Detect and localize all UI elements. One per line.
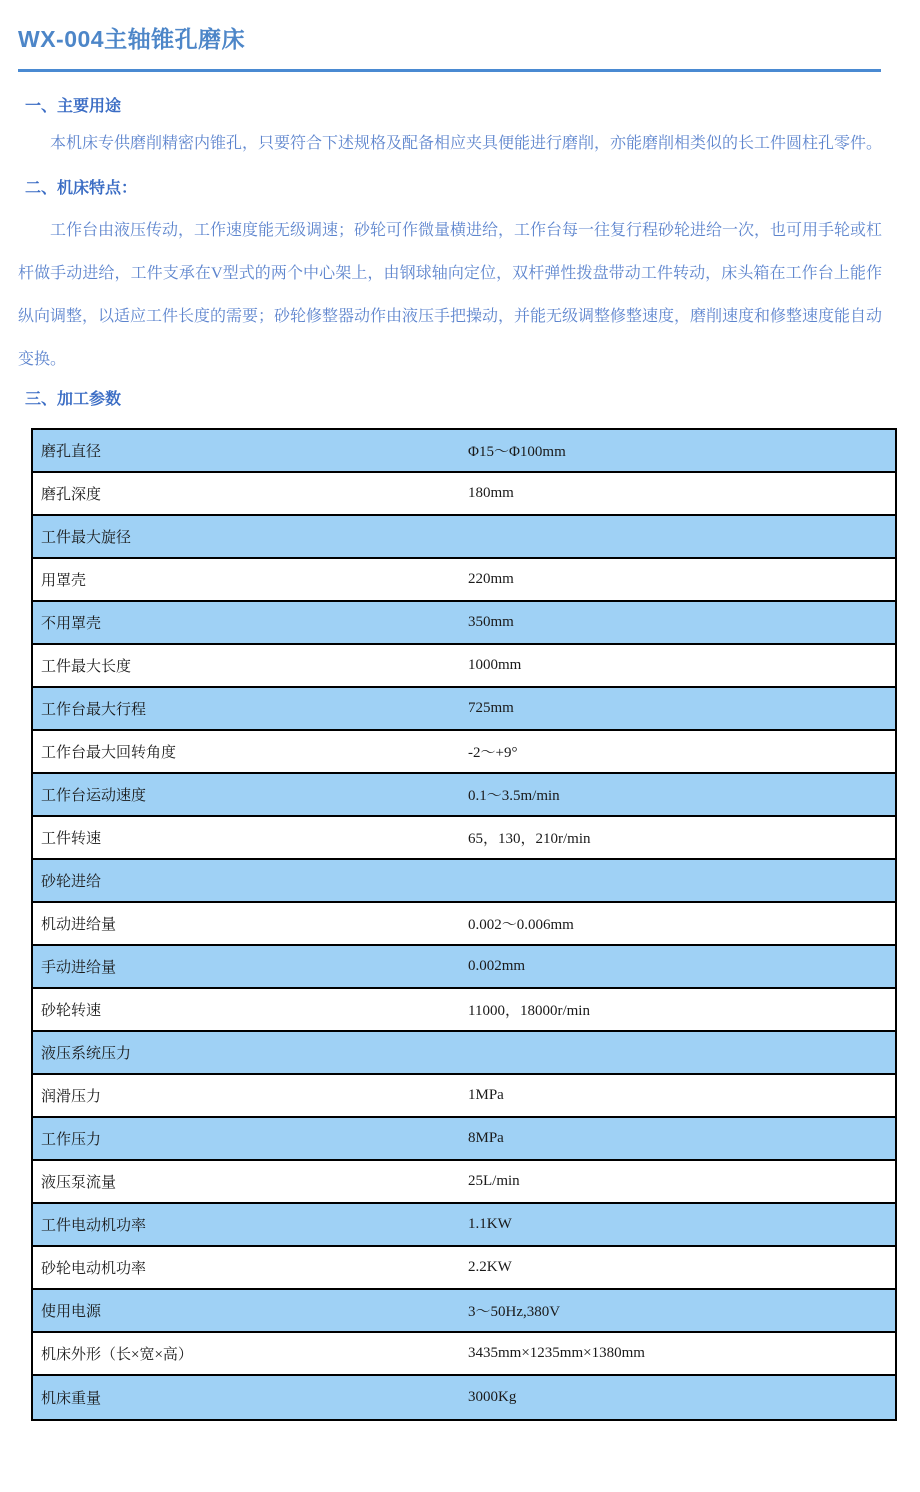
spec-label: 砂轮电动机功率 xyxy=(41,1257,468,1278)
usage-paragraph: 本机床专供磨削精密内锥孔，只要符合下述规格及配备相应夹具便能进行磨削，亦能磨削相… xyxy=(18,132,882,156)
spec-label: 砂轮进给 xyxy=(41,870,468,891)
spec-value: 3000Kg xyxy=(468,1389,895,1406)
spec-value: 3435mm×1235mm×1380mm xyxy=(468,1345,895,1362)
spec-label: 不用罩壳 xyxy=(41,612,468,633)
title-divider xyxy=(18,69,881,72)
spec-value: 0.002～0.006mm xyxy=(468,913,895,934)
spec-value: 1.1KW xyxy=(468,1216,895,1233)
spec-value: 220mm xyxy=(468,571,895,588)
product-spec-page: WX-004主轴锥孔磨床 一、主要用途 本机床专供磨削精密内锥孔，只要符合下述规… xyxy=(0,24,920,1421)
spec-label: 润滑压力 xyxy=(41,1085,468,1106)
spec-table-row: 液压系统压力 xyxy=(33,1032,895,1075)
spec-label: 砂轮转速 xyxy=(41,999,468,1020)
spec-value: -2～+9° xyxy=(468,741,895,762)
spec-table-row: 砂轮转速11000，18000r/min xyxy=(33,989,895,1032)
spec-value: 11000，18000r/min xyxy=(468,999,895,1020)
spec-label: 磨孔深度 xyxy=(41,483,468,504)
spec-label: 工作压力 xyxy=(41,1128,468,1149)
spec-label: 工件电动机功率 xyxy=(41,1214,468,1235)
spec-label: 工件转速 xyxy=(41,827,468,848)
spec-table-row: 工件最大旋径 xyxy=(33,516,895,559)
spec-label: 液压系统压力 xyxy=(41,1042,468,1063)
page-title: WX-004主轴锥孔磨床 xyxy=(18,24,900,55)
spec-label: 工作台最大行程 xyxy=(41,698,468,719)
spec-label: 用罩壳 xyxy=(41,569,468,590)
spec-table-row: 工作台最大回转角度-2～+9° xyxy=(33,731,895,774)
spec-table-row: 砂轮电动机功率2.2KW xyxy=(33,1247,895,1290)
spec-label: 工作台运动速度 xyxy=(41,784,468,805)
spec-table-row: 机床重量3000Kg xyxy=(33,1376,895,1419)
spec-label: 工件最大长度 xyxy=(41,655,468,676)
spec-label: 液压泵流量 xyxy=(41,1171,468,1192)
spec-value: 3～50Hz,380V xyxy=(468,1300,895,1321)
spec-value: 180mm xyxy=(468,485,895,502)
spec-table-row: 不用罩壳350mm xyxy=(33,602,895,645)
spec-label: 工件最大旋径 xyxy=(41,526,468,547)
spec-label: 手动进给量 xyxy=(41,956,468,977)
spec-table-row: 砂轮进给 xyxy=(33,860,895,903)
spec-table-row: 机动进给量0.002～0.006mm xyxy=(33,903,895,946)
spec-value: 1000mm xyxy=(468,657,895,674)
spec-table-row: 工件最大长度1000mm xyxy=(33,645,895,688)
spec-value: 0.002mm xyxy=(468,958,895,975)
spec-table-row: 磨孔深度180mm xyxy=(33,473,895,516)
spec-value: Φ15～Φ100mm xyxy=(468,440,895,461)
spec-table-row: 工件电动机功率1.1KW xyxy=(33,1204,895,1247)
spec-value: 0.1～3.5m/min xyxy=(468,784,895,805)
features-paragraph: 工作台由液压传动，工作速度能无级调速；砂轮可作微量横进给，工作台每一往复行程砂轮… xyxy=(18,209,882,381)
spec-value: 350mm xyxy=(468,614,895,631)
spec-table-row: 磨孔直径Φ15～Φ100mm xyxy=(33,430,895,473)
spec-label: 机床重量 xyxy=(41,1387,468,1408)
spec-table-row: 润滑压力1MPa xyxy=(33,1075,895,1118)
spec-table-row: 机床外形（长×宽×高）3435mm×1235mm×1380mm xyxy=(33,1333,895,1376)
spec-value: 725mm xyxy=(468,700,895,717)
spec-label: 机动进给量 xyxy=(41,913,468,934)
spec-table-row: 工作台最大行程725mm xyxy=(33,688,895,731)
spec-value: 2.2KW xyxy=(468,1259,895,1276)
section-heading-usage: 一、主要用途 xyxy=(25,96,920,117)
spec-table-row: 用罩壳220mm xyxy=(33,559,895,602)
spec-label: 机床外形（长×宽×高） xyxy=(41,1343,468,1364)
spec-label: 工作台最大回转角度 xyxy=(41,741,468,762)
spec-table-row: 工作压力8MPa xyxy=(33,1118,895,1161)
spec-table-row: 工件转速65，130，210r/min xyxy=(33,817,895,860)
parameters-table: 磨孔直径Φ15～Φ100mm磨孔深度180mm工件最大旋径用罩壳220mm不用罩… xyxy=(31,428,897,1421)
spec-table-row: 工作台运动速度0.1～3.5m/min xyxy=(33,774,895,817)
section-heading-features: 二、机床特点： xyxy=(25,178,920,199)
section-heading-parameters: 三、加工参数 xyxy=(25,389,920,410)
spec-label: 磨孔直径 xyxy=(41,440,468,461)
spec-table-row: 液压泵流量25L/min xyxy=(33,1161,895,1204)
spec-value: 1MPa xyxy=(468,1087,895,1104)
spec-label: 使用电源 xyxy=(41,1300,468,1321)
spec-value: 25L/min xyxy=(468,1173,895,1190)
spec-table-row: 手动进给量0.002mm xyxy=(33,946,895,989)
spec-value: 8MPa xyxy=(468,1130,895,1147)
spec-table-row: 使用电源3～50Hz,380V xyxy=(33,1290,895,1333)
spec-value: 65，130，210r/min xyxy=(468,827,895,848)
